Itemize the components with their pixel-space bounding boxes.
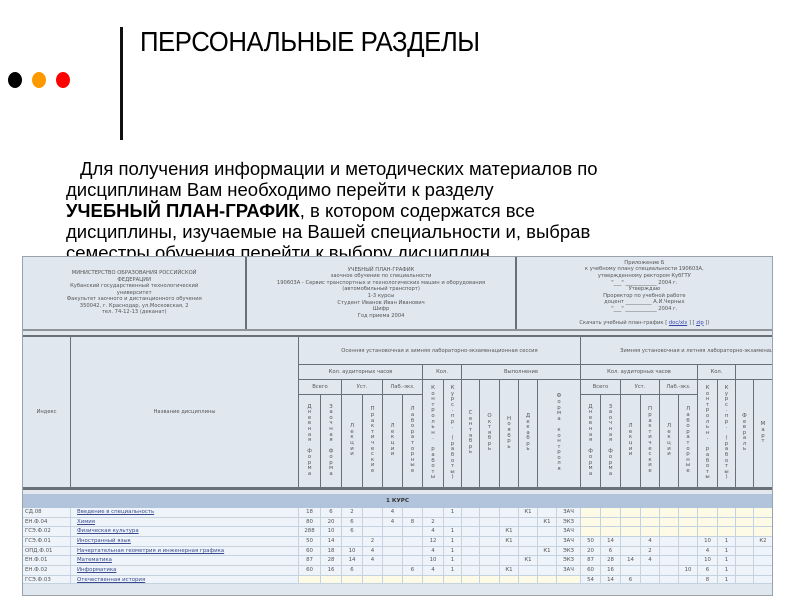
autumn-cell: 6	[342, 566, 363, 575]
autumn-cell: 12	[423, 537, 444, 546]
header-line: Год приема 2004	[277, 313, 485, 320]
header-line: МИНИСТЕРСТВО ОБРАЗОВАНИЯ РОССИЙСКОЙ	[67, 270, 202, 277]
autumn-cell	[462, 556, 480, 565]
spring-cell	[718, 527, 736, 536]
paragraph-line: УЧЕБНЫЙ ПЛАН-ГРАФИК, в котором содержатс…	[66, 200, 726, 221]
discipline-link[interactable]: Информатика	[71, 566, 299, 575]
autumn-cell	[444, 518, 462, 527]
spring-leaf-header: Заочная форма	[601, 395, 621, 488]
autumn-cell: 4	[363, 556, 383, 565]
spring-course-works-header: Курс.пр. (работы)	[718, 380, 736, 488]
spring-lab-exam-header: Лаб.-экз.	[660, 380, 698, 395]
autumn-cell	[462, 537, 480, 546]
header-line: Проректор по учебной работе	[579, 293, 709, 300]
autumn-cell	[462, 508, 480, 517]
table-row: ЕН.Ф.02Информатика60166641К1ЗАЧ60161061К…	[23, 566, 772, 576]
spring-cell	[621, 566, 641, 575]
table-footer	[23, 583, 772, 595]
header-line: заочное обучение по специальности	[277, 273, 485, 280]
autumn-cell	[538, 566, 557, 575]
study-plan-screenshot: МИНИСТЕРСТВО ОБРАЗОВАНИЯ РОССИЙСКОЙФЕДЕР…	[22, 256, 773, 596]
autumn-cell	[423, 508, 444, 517]
header-line: 350042, г. Краснодар, ул.Московская, 2	[67, 303, 202, 310]
autumn-cell: 1	[444, 537, 462, 546]
autumn-cell: 4	[423, 547, 444, 556]
download-zip-link[interactable]: zip	[696, 320, 703, 326]
autumn-cell: 20	[321, 518, 342, 527]
autumn-cell	[403, 537, 423, 546]
autumn-cell: 10	[342, 547, 363, 556]
paragraph-text: , в котором содержатся все	[300, 200, 535, 221]
autumn-cell: 6	[403, 566, 423, 575]
spring-session-header: Зимняя установочная и летняя лабораторно…	[581, 337, 773, 365]
autumn-cell: 4	[383, 518, 403, 527]
spring-cell	[621, 537, 641, 546]
header-line: Факультет заочного и дистанционного обуч…	[67, 296, 202, 303]
spring-cell	[754, 556, 773, 565]
download-doc-link[interactable]: doc/xls	[669, 320, 687, 326]
header-line: тел. 74-12-13 (деканат)	[67, 309, 202, 316]
autumn-cell: 80	[299, 518, 321, 527]
spring-cell	[754, 508, 773, 517]
slide-paragraph: Для получения информации и методических …	[66, 158, 726, 263]
spring-cell	[679, 537, 698, 546]
autumn-cell: ЭКЗ	[557, 518, 581, 527]
autumn-cell: 1	[444, 508, 462, 517]
autumn-cell: ЭКЗ	[557, 547, 581, 556]
table-row: СД.08Введение в специальность186241К1ЗАЧ	[23, 508, 772, 518]
header-line: Утверждаю	[579, 286, 709, 293]
autumn-cell: 4	[363, 547, 383, 556]
autumn-cell	[462, 518, 480, 527]
spring-cell: 87	[581, 556, 601, 565]
header-line: УЧЕБНЫЙ ПЛАН-ГРАФИК	[277, 267, 485, 274]
autumn-cell: ЗАЧ	[557, 566, 581, 575]
spring-cell	[754, 566, 773, 575]
autumn-cell	[480, 566, 500, 575]
discipline-link[interactable]: Начертательная геометрия и инженерная гр…	[71, 547, 299, 556]
spring-cell	[641, 527, 660, 536]
autumn-cell: К1	[500, 527, 519, 536]
autumn-cell: 1	[444, 547, 462, 556]
header-line: Шифр	[277, 306, 485, 313]
autumn-cell: 6	[321, 508, 342, 517]
autumn-cell	[519, 537, 538, 546]
autumn-cell: 4	[383, 508, 403, 517]
autumn-cell: 4	[423, 527, 444, 536]
spring-cell: 20	[581, 547, 601, 556]
spring-month-header: Февраль	[736, 380, 754, 488]
autumn-cell: 8	[403, 518, 423, 527]
autumn-cell: 288	[299, 527, 321, 536]
spring-cell: 14	[601, 537, 621, 546]
spring-cell	[660, 527, 679, 536]
autumn-course-works-header: Курс.пр. (работы)	[444, 380, 462, 488]
autumn-cell	[519, 527, 538, 536]
spring-cell: 6	[601, 547, 621, 556]
spring-cell	[660, 556, 679, 565]
discipline-index: ЕН.Ф.04	[23, 518, 71, 527]
download-label: Скачать учебный план-график	[579, 320, 663, 326]
column-index-header: Индекс	[23, 337, 71, 488]
discipline-index: ЕН.Ф.02	[23, 566, 71, 575]
autumn-cell: К1	[500, 537, 519, 546]
spring-cell	[718, 518, 736, 527]
spring-aud-hours-header: Кол. аудиторных часов	[581, 365, 698, 380]
autumn-cell	[363, 508, 383, 517]
autumn-month-header: Октябрь	[480, 380, 500, 488]
spring-cell: 16	[601, 566, 621, 575]
spring-cell: 6	[698, 566, 718, 575]
spring-cell: 10	[698, 537, 718, 546]
spring-cell	[679, 527, 698, 536]
spring-cell	[736, 508, 754, 517]
header-line: доцент __________ А.И.Черных	[579, 299, 709, 306]
autumn-cell	[500, 508, 519, 517]
bracket: ] [	[689, 320, 695, 326]
autumn-cell	[500, 547, 519, 556]
table-row: ЕН.Ф.04Химия80206482К1ЭКЗ	[23, 518, 772, 528]
header-line: Приложение Б	[579, 260, 709, 267]
autumn-cell	[480, 556, 500, 565]
spring-cell: 2	[641, 547, 660, 556]
spring-cell	[660, 547, 679, 556]
autumn-cell	[383, 527, 403, 536]
autumn-control-form-header: Форма контроля	[538, 380, 581, 488]
autumn-cell	[383, 537, 403, 546]
autumn-cell	[363, 527, 383, 536]
section-name-bold: УЧЕБНЫЙ ПЛАН-ГРАФИК	[66, 200, 300, 221]
autumn-leaf-header: Практические	[363, 395, 383, 488]
autumn-cell: 14	[342, 556, 363, 565]
autumn-cell	[462, 527, 480, 536]
bracket: [	[665, 320, 667, 326]
spring-cell: К2	[754, 537, 773, 546]
spring-cell	[621, 547, 641, 556]
spring-cell	[698, 508, 718, 517]
spring-cell	[718, 508, 736, 517]
spring-cell: 1	[718, 566, 736, 575]
spring-cell	[736, 537, 754, 546]
autumn-month-header: Декабрь	[519, 380, 538, 488]
autumn-session-header: Осенняя установочная и зимняя лабораторн…	[299, 337, 581, 365]
autumn-cell	[383, 566, 403, 575]
header-university: МИНИСТЕРСТВО ОБРАЗОВАНИЯ РОССИЙСКОЙФЕДЕР…	[23, 257, 247, 329]
header-line: утвержденному ректором КубГТУ	[579, 273, 709, 280]
spring-cell	[698, 518, 718, 527]
header-line: Студент Иванов Иван Иванович	[277, 300, 485, 307]
header-line: (автомобильный транспорт)	[277, 286, 485, 293]
autumn-cell: 60	[299, 547, 321, 556]
paragraph-line: дисциплинам Вам необходимо перейти к раз…	[66, 179, 726, 200]
spring-leaf-header: Практические	[641, 395, 660, 488]
autumn-cell	[462, 547, 480, 556]
title-divider	[120, 27, 123, 140]
autumn-cell	[342, 537, 363, 546]
autumn-cell: 1	[444, 566, 462, 575]
spring-cell	[660, 518, 679, 527]
spring-cell	[660, 566, 679, 575]
autumn-cell	[538, 527, 557, 536]
discipline-link[interactable]: Иностранный язык	[71, 537, 299, 546]
autumn-cell	[480, 537, 500, 546]
spring-cell	[679, 518, 698, 527]
autumn-cell: 10	[321, 527, 342, 536]
autumn-leaf-header: Заочная форма	[321, 395, 342, 488]
spring-cell	[754, 547, 773, 556]
autumn-cell: 2	[363, 537, 383, 546]
autumn-cell: 2	[423, 518, 444, 527]
autumn-cell: 6	[342, 518, 363, 527]
spring-cell	[736, 547, 754, 556]
spring-cell: 1	[718, 556, 736, 565]
spring-cell: 4	[698, 547, 718, 556]
header-line: 1-3 курсы	[277, 293, 485, 300]
paragraph-line: дисциплины, изучаемые на Вашей специальн…	[66, 221, 726, 242]
spring-control-works-header: Контрольн. работы	[698, 380, 718, 488]
black-dot-icon	[8, 72, 22, 88]
autumn-control-works-header: Контрольн. работы	[423, 380, 444, 488]
table-row: ГСЭ.Ф.01Иностранный язык50142121К1ЗАЧ501…	[23, 537, 772, 547]
spring-cell	[754, 527, 773, 536]
spring-cell	[581, 527, 601, 536]
spring-leaf-header: Лабораторные	[679, 395, 698, 488]
discipline-index: ГСЭ.Ф.02	[23, 527, 71, 536]
orange-dot-icon	[32, 72, 46, 88]
autumn-total-header: Всего	[299, 380, 342, 395]
discipline-index: ЕН.Ф.01	[23, 556, 71, 565]
spring-cell	[736, 527, 754, 536]
spring-cell	[641, 508, 660, 517]
spring-cell: 10	[679, 566, 698, 575]
spring-cell	[754, 518, 773, 527]
header-approval: Приложение Бк учебному плану специальнос…	[517, 257, 772, 329]
autumn-cell	[519, 547, 538, 556]
spring-cell	[736, 566, 754, 575]
autumn-leaf-header: Лекции	[342, 395, 363, 488]
table-row: ОПД.Ф.01Начертательная геометрия и инжен…	[23, 547, 772, 557]
autumn-leaf-header: Лабораторные	[403, 395, 423, 488]
discipline-index: ГСЭ.Ф.01	[23, 537, 71, 546]
autumn-cell	[403, 547, 423, 556]
spring-cell	[679, 547, 698, 556]
bracket: ])	[705, 320, 709, 326]
autumn-kol-header: Кол.	[423, 365, 462, 380]
header-line: к учебному плану специальности 190603А,	[579, 266, 709, 273]
autumn-cell	[500, 556, 519, 565]
spring-cell: 4	[641, 556, 660, 565]
autumn-cell	[538, 537, 557, 546]
autumn-aud-hours-header: Кол. аудиторных часов	[299, 365, 423, 380]
autumn-cell: 50	[299, 537, 321, 546]
autumn-cell	[403, 556, 423, 565]
spring-cell	[581, 518, 601, 527]
spring-kol-header: Кол.	[698, 365, 736, 380]
discipline-link[interactable]: Математика	[71, 556, 299, 565]
discipline-link[interactable]: Химия	[71, 518, 299, 527]
autumn-cell	[363, 518, 383, 527]
spring-cell: 50	[581, 537, 601, 546]
spring-leaf-header: Лекции	[621, 395, 641, 488]
spring-cell	[698, 527, 718, 536]
spring-total-header: Всего	[581, 380, 621, 395]
spring-cell	[601, 508, 621, 517]
autumn-cell: К1	[538, 518, 557, 527]
autumn-month-header: Сентябрь	[462, 380, 480, 488]
autumn-ust-header: Уст.	[342, 380, 383, 395]
table-row: ЕН.Ф.01Математика8728144101К1ЭКЗ87281441…	[23, 556, 772, 566]
header-line: "___" ____________ 2004 г.	[579, 306, 709, 313]
spring-cell	[601, 518, 621, 527]
autumn-cell: К1	[519, 508, 538, 517]
table-row: ГСЭ.Ф.02Физическая культура28810641К1ЗАЧ	[23, 527, 772, 537]
spring-cell	[736, 518, 754, 527]
autumn-cell: 18	[299, 508, 321, 517]
spring-cell	[621, 518, 641, 527]
red-dot-icon	[56, 72, 70, 88]
spring-cell	[581, 508, 601, 517]
spring-cell	[660, 537, 679, 546]
autumn-cell	[462, 566, 480, 575]
autumn-execution-header: Выполнение	[462, 365, 581, 380]
autumn-cell: 14	[321, 537, 342, 546]
autumn-cell	[480, 547, 500, 556]
plan-header: МИНИСТЕРСТВО ОБРАЗОВАНИЯ РОССИЙСКОЙФЕДЕР…	[23, 257, 772, 331]
spring-cell	[679, 556, 698, 565]
discipline-index: ОПД.Ф.01	[23, 547, 71, 556]
autumn-cell: 2	[342, 508, 363, 517]
spring-cell: 4	[641, 537, 660, 546]
spring-cell: 1	[718, 547, 736, 556]
autumn-cell: ЭКЗ	[557, 556, 581, 565]
spring-execution-header: Выполнение	[736, 365, 773, 380]
spring-leaf-header: Лекции	[660, 395, 679, 488]
autumn-leaf-header: Лекции	[383, 395, 403, 488]
autumn-cell	[480, 508, 500, 517]
spring-month-header: Март	[754, 380, 773, 488]
autumn-leaf-header: Дневная форма	[299, 395, 321, 488]
spring-cell	[621, 527, 641, 536]
autumn-cell: К1	[500, 566, 519, 575]
spring-cell: 28	[601, 556, 621, 565]
table-header: ИндексНазвание дисциплиныОсенняя установ…	[23, 335, 772, 490]
autumn-cell	[480, 518, 500, 527]
autumn-cell	[519, 566, 538, 575]
autumn-cell: К1	[519, 556, 538, 565]
spring-cell	[601, 527, 621, 536]
header-line: Кубанский государственный технологически…	[67, 283, 202, 290]
discipline-link[interactable]: Введение в специальность	[71, 508, 299, 517]
autumn-cell: 4	[423, 566, 444, 575]
spring-cell	[641, 566, 660, 575]
autumn-cell: 6	[342, 527, 363, 536]
autumn-cell	[538, 556, 557, 565]
autumn-cell: 18	[321, 547, 342, 556]
autumn-cell	[383, 556, 403, 565]
spring-cell	[660, 508, 679, 517]
autumn-month-header: Ноябрь	[500, 380, 519, 488]
autumn-cell: 1	[444, 556, 462, 565]
spring-leaf-header: Дневная форма	[581, 395, 601, 488]
header-line: университет	[67, 290, 202, 297]
autumn-cell	[500, 518, 519, 527]
autumn-cell: 87	[299, 556, 321, 565]
paragraph-line: Для получения информации и методических …	[66, 158, 726, 179]
discipline-link[interactable]: Физическая культура	[71, 527, 299, 536]
discipline-index: СД.08	[23, 508, 71, 517]
spring-cell: 60	[581, 566, 601, 575]
autumn-cell: 28	[321, 556, 342, 565]
download-line: Скачать учебный план-график [ doc/xls ] …	[579, 320, 709, 327]
autumn-cell	[519, 518, 538, 527]
column-name-header: Название дисциплины	[71, 337, 299, 488]
autumn-cell: ЗАЧ	[557, 508, 581, 517]
autumn-cell: 10	[423, 556, 444, 565]
autumn-cell	[538, 508, 557, 517]
slide-title: ПЕРСОНАЛЬНЫЕ РАЗДЕЛЫ	[140, 26, 480, 58]
autumn-cell: К1	[538, 547, 557, 556]
spring-cell	[621, 508, 641, 517]
header-line: "___" ____________ 2004 г.	[579, 280, 709, 287]
autumn-cell	[480, 527, 500, 536]
header-plan-info: УЧЕБНЫЙ ПЛАН-ГРАФИКзаочное обучение по с…	[247, 257, 516, 329]
spring-cell: 10	[698, 556, 718, 565]
spring-cell: 1	[718, 537, 736, 546]
autumn-cell: ЗАЧ	[557, 537, 581, 546]
bullet-dots	[8, 72, 70, 88]
autumn-cell	[383, 547, 403, 556]
spring-cell	[736, 556, 754, 565]
autumn-cell	[403, 527, 423, 536]
autumn-cell: 1	[444, 527, 462, 536]
spring-cell	[679, 508, 698, 517]
spring-cell: 14	[621, 556, 641, 565]
autumn-cell: 60	[299, 566, 321, 575]
autumn-cell	[363, 566, 383, 575]
spring-ust-header: Уст.	[621, 380, 660, 395]
course-label: 1 КУРС	[23, 494, 772, 508]
autumn-lab-exam-header: Лаб.-экз.	[383, 380, 423, 395]
autumn-cell: ЗАЧ	[557, 527, 581, 536]
autumn-cell: 16	[321, 566, 342, 575]
spring-cell	[641, 518, 660, 527]
autumn-cell	[403, 508, 423, 517]
